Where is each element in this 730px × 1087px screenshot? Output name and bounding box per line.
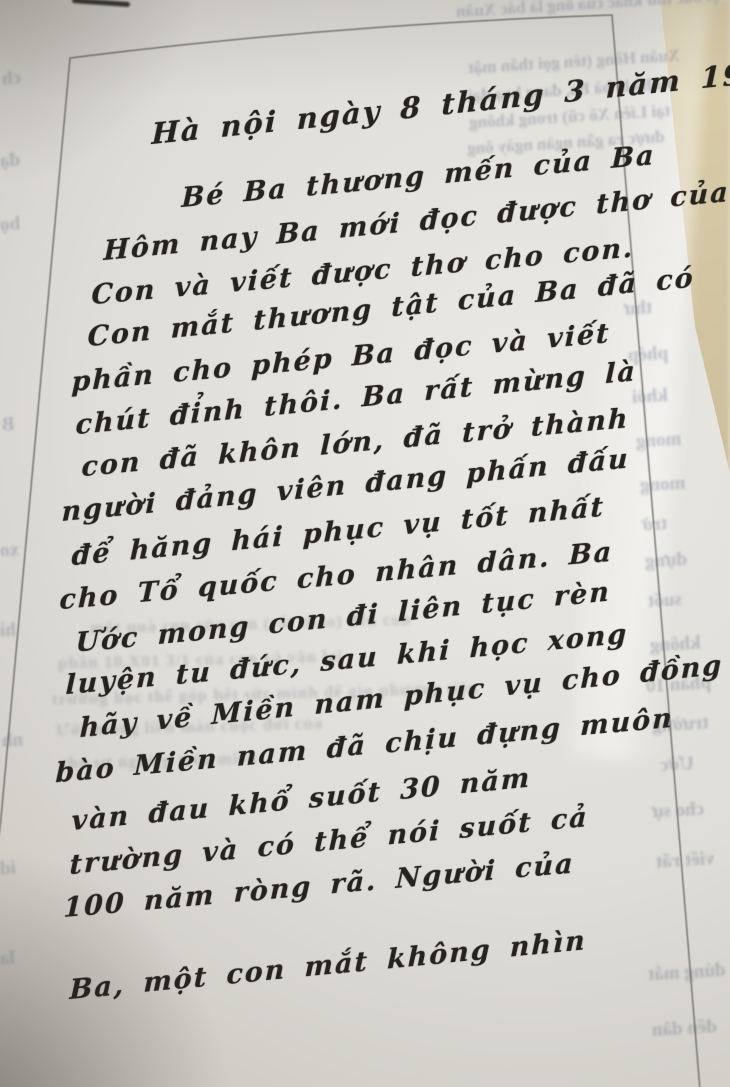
photo-of-handwritten-letter: ột bác thư khác của ông là bác Xuân Xuân… [0,0,730,1087]
